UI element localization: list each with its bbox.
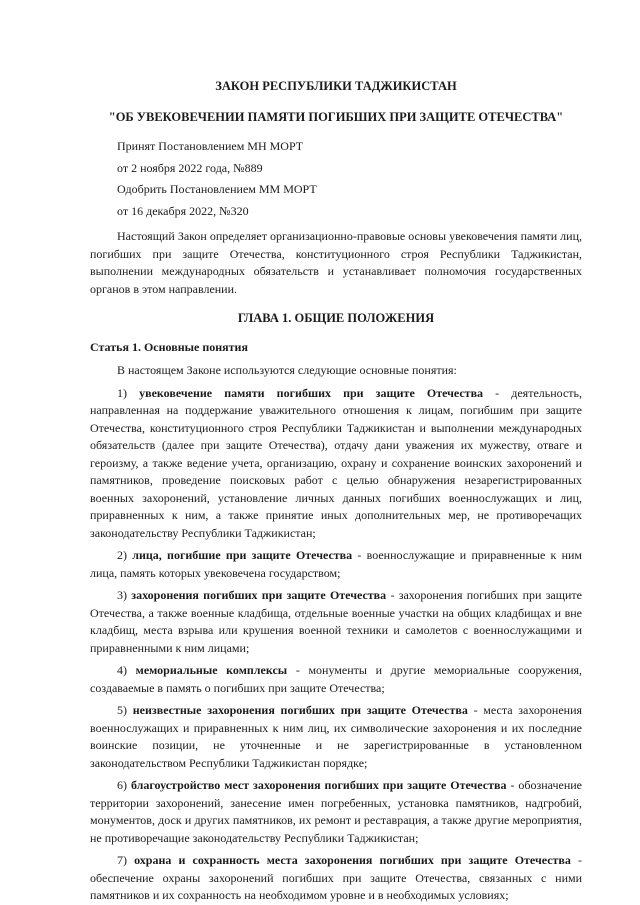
adoption-info-block: Принят Постановлением МН МОРТ от 2 ноябр… <box>90 136 582 222</box>
document-page: ЗАКОН РЕСПУБЛИКИ ТАДЖИКИСТАН "ОБ УВЕКОВЕ… <box>0 0 640 905</box>
definition-2-number: 2) <box>117 548 127 562</box>
definition-item-4: 4) мемориальные комплексы - монументы и … <box>90 662 582 697</box>
law-subtitle: "ОБ УВЕКОВЕЧЕНИИ ПАМЯТИ ПОГИБШИХ ПРИ ЗАЩ… <box>90 109 582 126</box>
definition-2-term: лица, погибшие при защите Отечества <box>132 548 352 562</box>
definition-item-7: 7) охрана и сохранность места захоронени… <box>90 852 582 905</box>
definition-1-text: - деятельность, направленная на поддержа… <box>90 386 582 540</box>
definition-7-number: 7) <box>117 853 127 867</box>
definition-3-term: захоронения погибших при защите Отечеств… <box>131 588 386 602</box>
article-heading: Статья 1. Основные понятия <box>90 339 582 356</box>
adoption-line-accepted: Принят Постановлением МН МОРТ <box>90 136 582 158</box>
adoption-line-accepted-date: от 2 ноября 2022 года, №889 <box>90 158 582 180</box>
definition-5-number: 5) <box>117 703 127 717</box>
adoption-line-approved-date: от 16 декабря 2022, №320 <box>90 201 582 223</box>
definition-3-number: 3) <box>117 588 127 602</box>
definition-item-1: 1) увековечение памяти погибших при защи… <box>90 385 582 543</box>
definition-4-number: 4) <box>117 663 127 677</box>
law-title: ЗАКОН РЕСПУБЛИКИ ТАДЖИКИСТАН <box>90 78 582 95</box>
definition-item-5: 5) неизвестные захоронения погибших при … <box>90 702 582 772</box>
definition-item-6: 6) благоустройство мест захоронения поги… <box>90 777 582 847</box>
definition-1-term: увековечение памяти погибших при защите … <box>139 386 483 400</box>
article-intro: В настоящем Законе используются следующи… <box>90 362 582 380</box>
definition-6-term: благоустройство мест захоронения погибши… <box>131 778 507 792</box>
definition-item-3: 3) захоронения погибших при защите Отече… <box>90 587 582 657</box>
definition-5-term: неизвестные захоронения погибших при защ… <box>133 703 468 717</box>
definition-4-term: мемориальные комплексы <box>136 663 288 677</box>
definition-6-number: 6) <box>117 778 127 792</box>
preamble-paragraph: Настоящий Закон определяет организационн… <box>90 228 582 298</box>
definition-item-2: 2) лица, погибшие при защите Отечества -… <box>90 547 582 582</box>
chapter-heading: ГЛАВА 1. ОБЩИЕ ПОЛОЖЕНИЯ <box>90 310 582 327</box>
definition-7-term: охрана и сохранность места захоронения п… <box>134 853 571 867</box>
adoption-line-approved: Одобрить Постановлением ММ МОРТ <box>90 179 582 201</box>
definition-1-number: 1) <box>117 386 127 400</box>
